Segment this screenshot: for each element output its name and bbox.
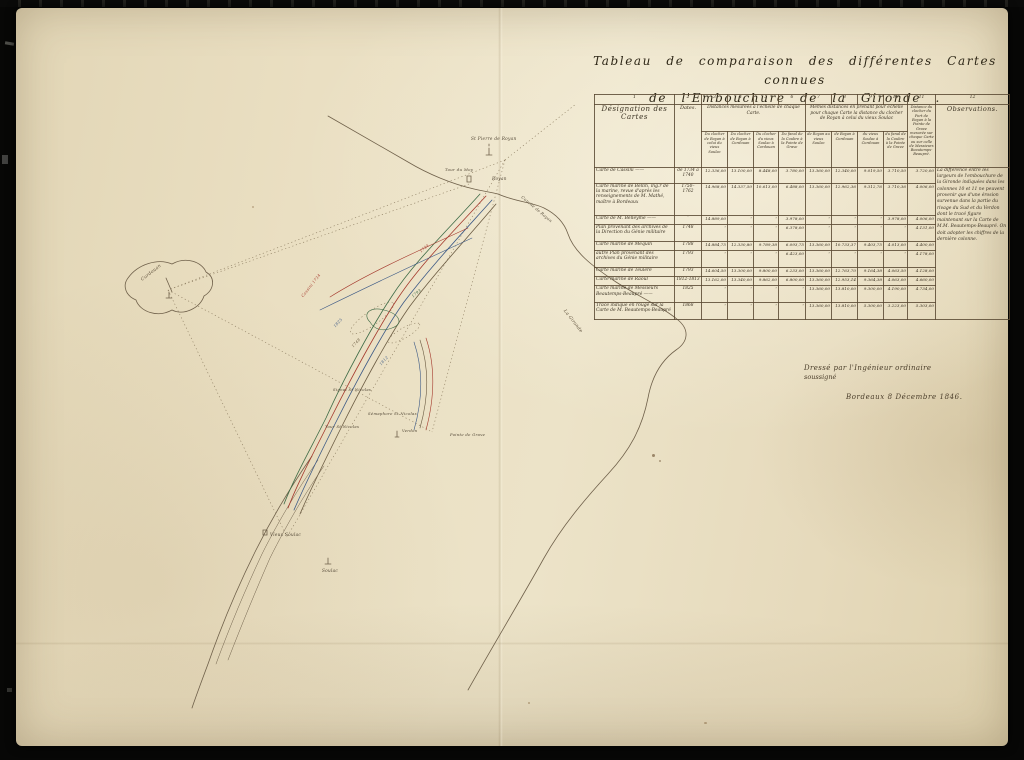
header-designation: Désignation des Cartes (595, 105, 675, 168)
cell-value: 13.360,00 (806, 241, 832, 250)
tower-glyph-verdon (395, 431, 399, 437)
manuscript-paper: St Pierre de RoyanTour du MoyRoyanConche… (16, 8, 1008, 746)
cell-value: ″ (779, 303, 806, 320)
triangulation-dotted-lines (168, 104, 576, 537)
survey-line-blue-ne (320, 238, 472, 310)
film-edge-strip (0, 0, 1024, 7)
column-number: 10 (884, 95, 908, 105)
signature-block: Dressé par l'Ingénieur ordinaire soussig… (804, 364, 1014, 401)
cell-value: 12.763,70 (832, 267, 858, 276)
cell-value: 10.733,37 (832, 241, 858, 250)
column-number-row: 123456789101112 (595, 95, 1010, 105)
dune-line (228, 466, 324, 660)
header-observations: Observations. (936, 105, 1010, 168)
cell-value: ″ (702, 303, 728, 320)
cell-value: ″ (728, 225, 754, 242)
column-number: 1 (595, 95, 675, 105)
cell-value: 13.100,00 (728, 167, 754, 183)
cell-value: 6.093,75 (779, 241, 806, 250)
cell-value: 4.006,00 (908, 215, 936, 224)
cell-value: 13.340,00 (728, 277, 754, 286)
survey-loop-green (367, 309, 399, 330)
cell-value: 12.336,00 (702, 167, 728, 183)
cell-value: 6.800,00 (779, 277, 806, 286)
subheader-cell: de Royan au vieux Soulac (806, 132, 832, 167)
cordouan-lighthouse-mark (166, 278, 172, 298)
cell-value: 14.884,75 (702, 241, 728, 250)
signature-line1: Dressé par l'Ingénieur ordinaire (804, 364, 1014, 372)
signature-line2: soussigné (804, 373, 1014, 381)
dotted-line-royan-vieux-soulac (287, 160, 505, 537)
cell-value: 13.360,00 (806, 167, 832, 183)
cordouan-island-outline (125, 260, 212, 313)
survey-line-green (284, 194, 480, 504)
cell-value: 9.312,76 (858, 183, 884, 215)
map-place-label: Signal St Nicolas (333, 387, 371, 392)
cell-date: 1750–1762 (675, 183, 702, 215)
cell-value: 3.780,00 (779, 167, 806, 183)
cell-value: ″ (754, 286, 779, 303)
cell-value: 4.013,00 (884, 241, 908, 250)
cell-value: ″ (728, 303, 754, 320)
dotted-line-cordouan-vieux-soulac (168, 290, 287, 537)
cell-value: 9.862,00 (754, 277, 779, 286)
cell-value: 13.360,00 (806, 303, 832, 320)
cell-value: 5.303,00 (908, 303, 936, 320)
cell-value: 9.403,75 (858, 241, 884, 250)
cell-value: ″ (728, 251, 754, 268)
map-place-label: Soulac (322, 568, 338, 573)
cell-value: 14.968,00 (702, 183, 728, 215)
survey-line-red (288, 196, 486, 508)
cell-value: 9.300,00 (858, 286, 884, 303)
column-number: 12 (936, 95, 1010, 105)
cell-value: 9.019,50 (858, 167, 884, 183)
sandbank-outline (386, 320, 422, 347)
cell-value: 3.720,00 (908, 167, 936, 183)
cell-value: 4.063,50 (884, 267, 908, 276)
cell-value: ″ (832, 251, 858, 268)
cell-value: 4.734,00 (908, 286, 936, 303)
cell-value: ″ (779, 286, 806, 303)
cell-value: 14.889,00 (702, 215, 728, 224)
cell-value: 12.962,36 (832, 183, 858, 215)
column-number: 9 (858, 95, 884, 105)
cell-value: 4.128,00 (908, 267, 936, 276)
cell-date: 1825 (675, 286, 702, 303)
map-place-label: Tour St Nicolas (325, 424, 359, 429)
cell-value: 6.233,00 (779, 267, 806, 276)
column-number: 8 (832, 95, 858, 105)
cell-date: 1793 (675, 251, 702, 268)
cell-value: 12.330,80 (728, 241, 754, 250)
comparison-table: 123456789101112 Désignation des Cartes D… (594, 94, 1010, 320)
cell-designation: Carte de M. Belleyme —— (595, 215, 675, 224)
scanned-historical-map-page: { "document": { "title_line1": "Tableau … (0, 0, 1024, 760)
map-place-label: Sémaphore St Nicolas (368, 411, 417, 416)
survey-shoreline-variants (284, 194, 496, 514)
cell-value: 9.164,38 (858, 267, 884, 276)
cell-value: 12.953,14 (832, 277, 858, 286)
cell-date: 1812-1813 (675, 277, 702, 286)
cell-value: 14.604,50 (702, 267, 728, 276)
cell-value: ″ (754, 303, 779, 320)
table-body: Carte de Cassini ——de 1734 à 174012.336,… (595, 167, 1010, 319)
cell-value: 3.223,00 (884, 303, 908, 320)
column-number: 6 (779, 95, 806, 105)
cell-value: ″ (754, 215, 779, 224)
cell-date: ″ (675, 215, 702, 224)
cell-designation: Carte marine de Messieurs Beautemps-Beau… (595, 286, 675, 303)
column-number: 4 (728, 95, 754, 105)
cell-designation: Carte de Cassini —— (595, 167, 675, 183)
cell-value: 13.810,00 (832, 303, 858, 320)
header-group-same-scale: Mêmes distances en prenant pour échelle … (806, 105, 908, 132)
cell-value: ″ (728, 215, 754, 224)
header-col11: Distance du clocher du Port de Royan à l… (908, 105, 936, 168)
cell-value: 6.378,00 (779, 225, 806, 242)
map-place-label: Pointe de Grave (450, 432, 485, 437)
cell-date: 1788 (675, 241, 702, 250)
cell-value: 3.710,50 (884, 167, 908, 183)
survey-line-red-ne (330, 228, 468, 297)
cell-designation: Plan provenant des archives de la Direct… (595, 225, 675, 242)
subheader-cell: de Royan à Cordouan (832, 132, 858, 167)
cell-value: ″ (754, 251, 779, 268)
cell-value: ″ (806, 225, 832, 242)
cell-value: 4.063,00 (884, 277, 908, 286)
map-place-label: Tour du Moy (445, 167, 473, 172)
dotted-line-northeast (505, 104, 576, 160)
cell-designation: Carte marine de Bellin, ing.r de la mari… (595, 183, 675, 215)
cell-value: ″ (884, 225, 908, 242)
cell-value: 12.340,00 (832, 167, 858, 183)
table-header-row: Désignation des Cartes Dates. Distances … (595, 105, 1010, 132)
cell-date: 1748 (675, 225, 702, 242)
cell-date: 1793 (675, 267, 702, 276)
cell-value: 13.162,00 (702, 277, 728, 286)
subheader-cell: Du clocher de Royan à Cordouan (728, 132, 754, 167)
cell-value: ″ (702, 251, 728, 268)
cell-value: 13.360,00 (806, 286, 832, 303)
cell-date: 1868 (675, 303, 702, 320)
cell-value: ″ (702, 225, 728, 242)
cell-value: 13.300,00 (728, 267, 754, 276)
cell-value: ″ (806, 215, 832, 224)
cell-value: 4.400,00 (908, 241, 936, 250)
table-row: Carte de Cassini ——de 1734 à 174012.336,… (595, 167, 1010, 183)
cell-value: 13.810,00 (832, 286, 858, 303)
dotted-line-royan-grave (432, 160, 505, 432)
cell-value: 9.800,00 (754, 267, 779, 276)
cell-designation: autre Plan provenant des archives du Gén… (595, 251, 675, 268)
cell-value: 4.190,00 (884, 286, 908, 303)
cell-value: ″ (702, 286, 728, 303)
subheader-cell: du fanal de la Coubre à la Pointe de Gra… (884, 132, 908, 167)
column-number: 2 (675, 95, 702, 105)
cell-value: 6.488,00 (779, 183, 806, 215)
sandbank-outline (347, 297, 398, 338)
cell-value: ″ (858, 215, 884, 224)
cell-value: 5.300,00 (858, 303, 884, 320)
header-dates: Dates. (675, 105, 702, 168)
cell-designation: Carte marine de Raoul (595, 277, 675, 286)
cell-value: 3.978,00 (779, 215, 806, 224)
cell-value: 14.337,50 (728, 183, 754, 215)
cell-value: 13.360,00 (806, 267, 832, 276)
subheader-cell: Du clocher du vieux Soulac à Cordouan (754, 132, 779, 167)
cell-value: ″ (884, 251, 908, 268)
cell-designation: Carte marine de Teulère (595, 267, 675, 276)
page-title-line1: Tableau de comparaison des différentes C… (572, 52, 1018, 89)
cell-value: 10.613,00 (754, 183, 779, 215)
tower-glyph-tour-du-moy (467, 176, 471, 182)
cell-date: de 1734 à 1740 (675, 167, 702, 183)
cell-value: 3.978,00 (884, 215, 908, 224)
cell-value: 13.360,00 (806, 183, 832, 215)
cell-value: 4.131,00 (908, 225, 936, 242)
subheader-cell: du vieux Soulac à Cordouan (858, 132, 884, 167)
column-number: 3 (702, 95, 728, 105)
cell-value: 13.360,00 (806, 277, 832, 286)
film-edge-mark (7, 688, 12, 692)
subheader-cell: Du clocher de Royan à celui du vieux Sou… (702, 132, 728, 167)
cell-value: 9.789,38 (754, 241, 779, 250)
dotted-line-royan-cordouan (168, 160, 505, 290)
map-place-label: Vieux Soulac (270, 532, 301, 537)
cell-value: 9.364,38 (858, 277, 884, 286)
cell-designation: Tracé indiqué en rouge sur la Carte de M… (595, 303, 675, 320)
signature-date: Bordeaux 8 Décembre 1846. (846, 393, 1014, 401)
map-place-label: Verdon (402, 428, 417, 433)
subheader-cell: Du fanal de la Coubre à la Pointe de Gra… (779, 132, 806, 167)
column-number: 5 (754, 95, 779, 105)
column-number: 11 (908, 95, 936, 105)
map-place-label: Royan (492, 176, 507, 181)
church-glyph-st-pierre (486, 144, 492, 155)
film-edge-mark (5, 41, 14, 46)
cell-value: 8.448,00 (754, 167, 779, 183)
header-group-measured: Distances mesurées à l'échelle de chaque… (702, 105, 806, 132)
film-edge-mark (2, 155, 8, 164)
cell-observations: La différence entre les largeurs de l'em… (936, 167, 1010, 319)
coastline-north (328, 116, 498, 194)
survey-branch-blue (414, 342, 421, 430)
cell-value: ″ (858, 251, 884, 268)
cell-value: ″ (806, 251, 832, 268)
cell-designation: Carte marine de Méquin (595, 241, 675, 250)
cell-value: ″ (858, 225, 884, 242)
cell-value: 3.710,36 (884, 183, 908, 215)
cell-value: 6.423,00 (779, 251, 806, 268)
church-glyph-soulac (325, 558, 331, 564)
cell-value: ″ (728, 286, 754, 303)
map-place-label: St Pierre de Royan (471, 136, 516, 141)
column-number: 7 (806, 95, 832, 105)
cell-value: ″ (754, 225, 779, 242)
cell-value: ″ (832, 225, 858, 242)
cell-value: 4.660,00 (908, 277, 936, 286)
survey-line-sepia (300, 204, 496, 514)
cell-value: ″ (832, 215, 858, 224)
cell-value: 4.006,00 (908, 183, 936, 215)
cell-value: 4.178,00 (908, 251, 936, 268)
